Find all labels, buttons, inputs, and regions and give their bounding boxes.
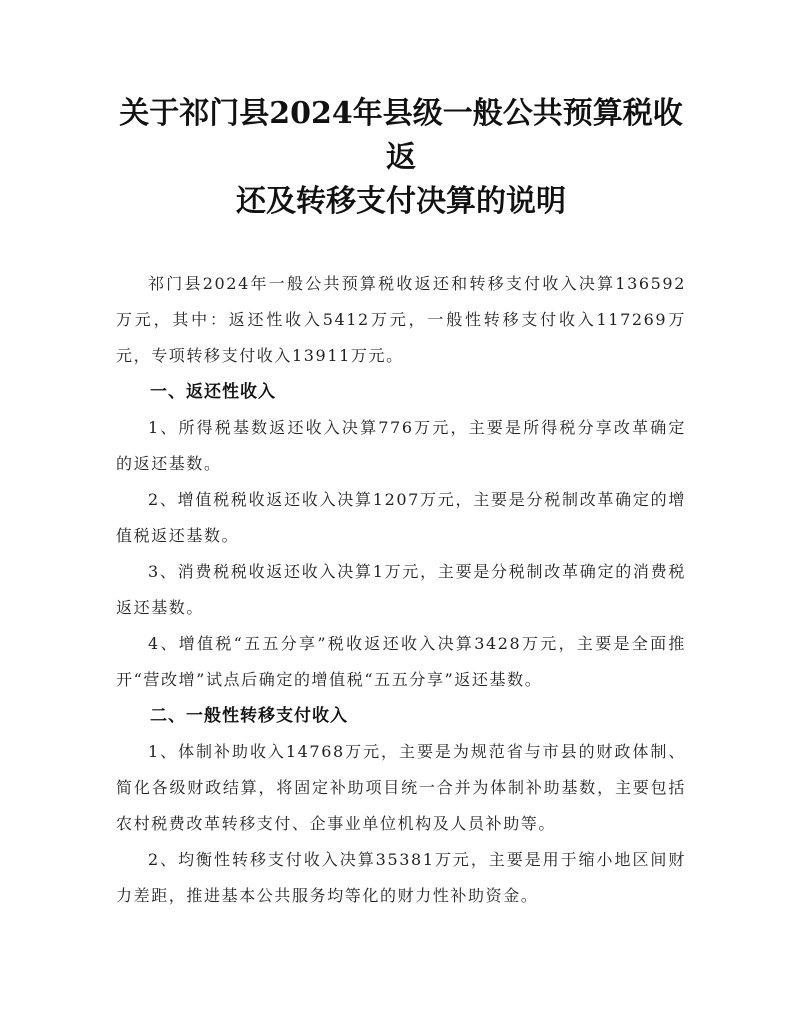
- section-1-item-1: 1、所得税基数返还收入决算776万元，主要是所得税分享改革确定的返还基数。: [116, 410, 686, 482]
- title-line-2: 还及转移支付决算的说明: [116, 180, 686, 224]
- section-heading-general-transfer: 二、一般性转移支付收入: [116, 698, 686, 734]
- section-2-item-1: 1、体制补助收入14768万元，主要是为规范省与市县的财政体制、简化各级财政结算…: [116, 734, 686, 842]
- document-title: 关于祁门县2024年县级一般公共预算税收返 还及转移支付决算的说明: [116, 92, 686, 224]
- section-1-item-4: 4、增值税“五五分享”税收返还收入决算3428万元，主要是全面推开“营改增”试点…: [116, 626, 686, 698]
- document-page: 关于祁门县2024年县级一般公共预算税收返 还及转移支付决算的说明 祁门县202…: [116, 92, 686, 914]
- title-line-1: 关于祁门县2024年县级一般公共预算税收返: [116, 92, 686, 180]
- document-body: 祁门县2024年一般公共预算税收返还和转移支付收入决算136592万元，其中：返…: [116, 266, 686, 914]
- section-2-item-2: 2、均衡性转移支付收入决算35381万元，主要是用于缩小地区间财力差距，推进基本…: [116, 842, 686, 914]
- section-heading-returned-revenue: 一、返还性收入: [116, 374, 686, 410]
- section-1-item-2: 2、增值税税收返还收入决算1207万元，主要是分税制改革确定的增值税返还基数。: [116, 482, 686, 554]
- section-1-item-3: 3、消费税税收返还收入决算1万元，主要是分税制改革确定的消费税返还基数。: [116, 554, 686, 626]
- intro-paragraph: 祁门县2024年一般公共预算税收返还和转移支付收入决算136592万元，其中：返…: [116, 266, 686, 374]
